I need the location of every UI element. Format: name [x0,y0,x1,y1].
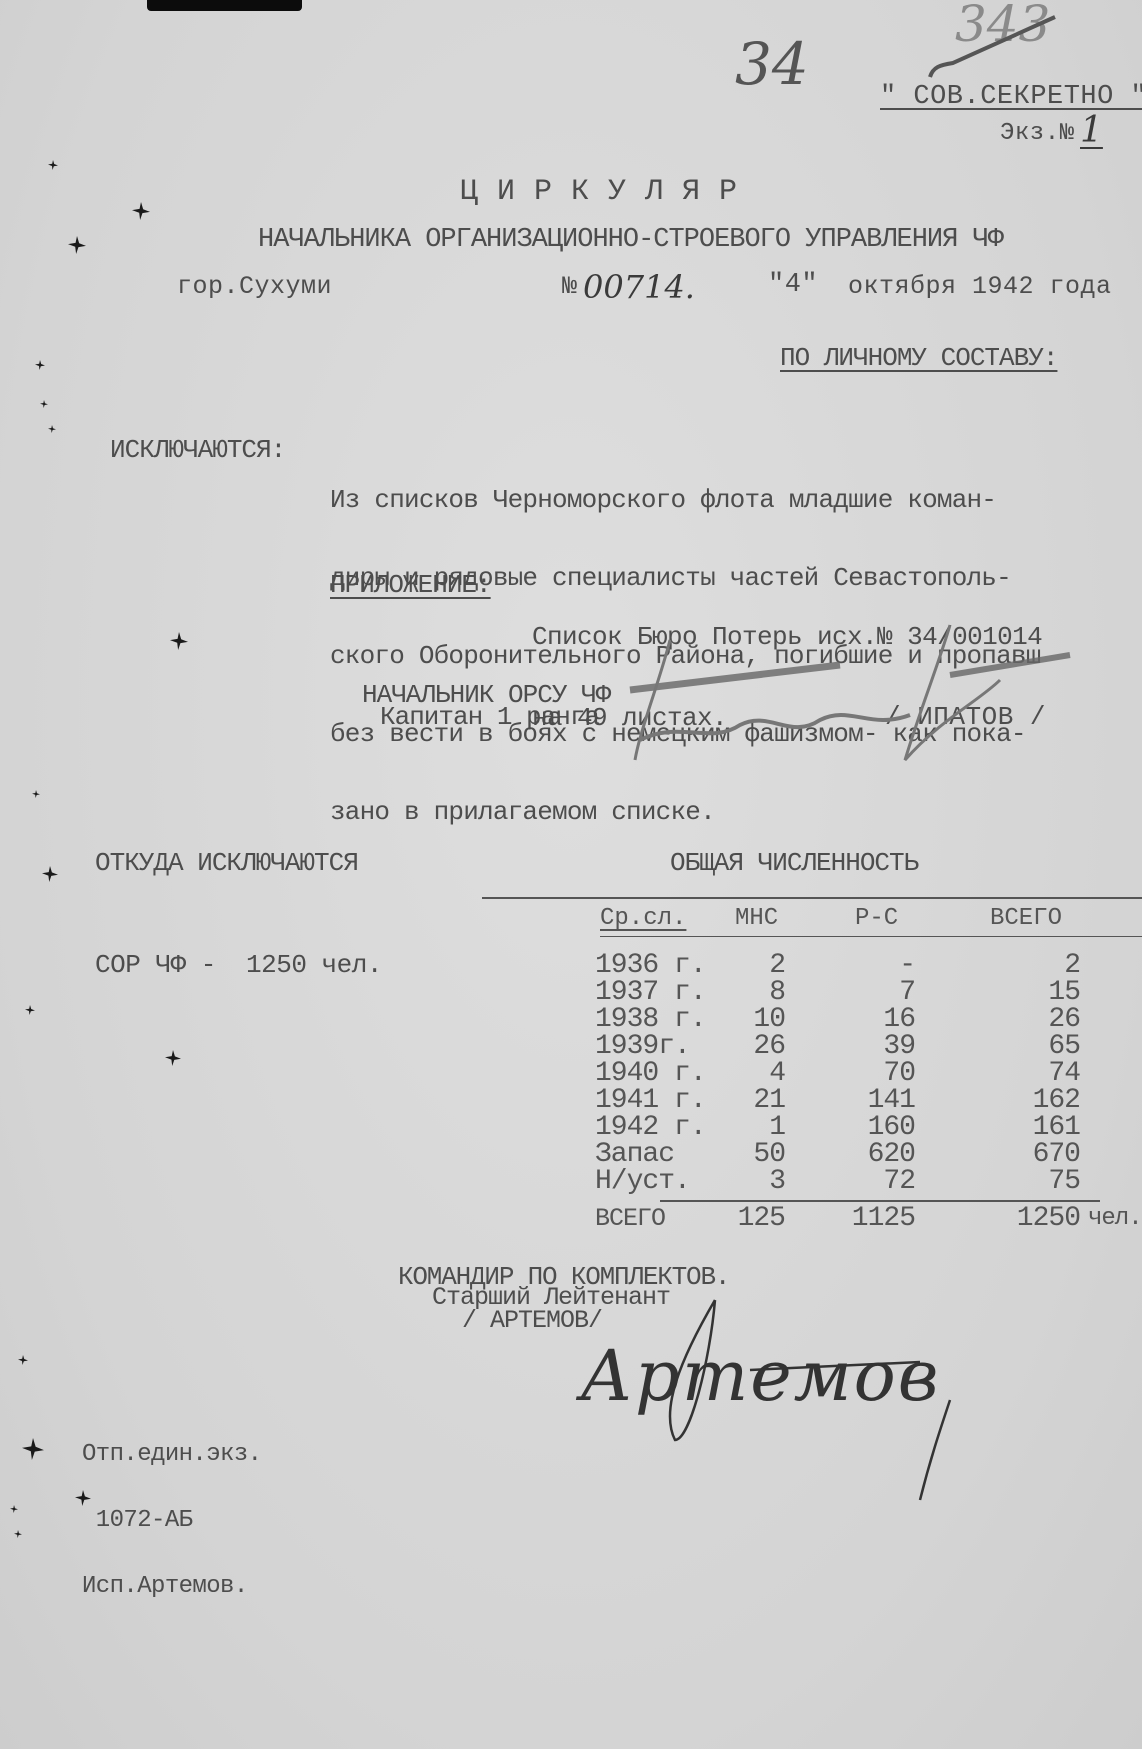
total-rs: 1125 [785,1205,915,1232]
excluded-line: зано в прилагаемом списке. [330,799,1041,825]
total-all: 1250 [915,1205,1080,1232]
date-rest: октября 1942 года [848,272,1112,301]
city: гор.Сухуми [177,272,332,301]
total-heading: ОБЩАЯ ЧИСЛЕННОСТЬ [670,848,918,878]
table-row: 1936 г.2-2 [595,952,1080,979]
binder-tab [147,0,302,11]
signatory2-name: / АРТЕМОВ/ [462,1306,602,1335]
table-body: 1936 г.2-2 1937 г.8715 1938 г.101626 193… [595,952,1080,1195]
footer-line: Исп.Артемов. [82,1576,261,1598]
header-total: ВСЕГО [990,905,1062,932]
table-total-rule [660,1200,1100,1202]
table-total-row: ВСЕГО 125 1125 1250 чел. [595,1205,1142,1232]
table-row: 1938 г.101626 [595,1006,1080,1033]
damage-mark [48,160,58,170]
table-header-rule [600,936,1142,937]
table-row: Н/уст.37275 [595,1168,1080,1195]
attachment-label: ПРИЛОЖЕНИЕ: [330,570,491,600]
strike-through-mark [925,5,1065,85]
copy-number: 1 [1080,110,1103,151]
table-row: 1941 г.21141162 [595,1087,1080,1114]
damage-mark [22,1438,44,1460]
damage-mark [25,1005,35,1015]
table-top-rule [482,897,1142,899]
total-unit: чел. [1088,1205,1142,1232]
signature-flourish [620,1290,980,1510]
damage-mark [32,790,40,798]
document-title: Ц И Р К У Л Я Р [460,175,738,209]
excluded-label: ИСКЛЮЧАЮТСЯ: [110,435,285,465]
copy-label: Экз.№ [1000,120,1075,147]
table-row: 1940 г.47074 [595,1060,1080,1087]
damage-mark [18,1355,28,1365]
footer-line: 1072-АБ [82,1510,261,1532]
classification-stamp: " СОВ.СЕКРЕТНО " [880,82,1142,112]
table-row: 1937 г.8715 [595,979,1080,1006]
document-page: 34 343 " СОВ.СЕКРЕТНО " Экз.№ 1 Ц И Р К … [0,0,1142,1749]
header-rs: Р-С [855,905,990,932]
damage-mark [165,1050,181,1066]
damage-mark [40,400,48,408]
section-heading: ПО ЛИЧНОМУ СОСТАВУ: [780,343,1057,373]
table-row: 1942 г.1160161 [595,1114,1080,1141]
handwritten-page-number: 34 [735,30,809,98]
damage-mark [170,632,188,650]
circular-number: 00714. [583,268,695,306]
excluded-line: Из списков Черноморского флота младшие к… [330,487,1041,513]
damage-mark [68,236,86,254]
header-service-year: Ср.сл. [600,905,735,932]
damage-mark [42,866,58,882]
signature-ipatov [620,620,1080,770]
damage-mark [48,425,56,433]
signatory1-rank: Капитан 1 ранга [380,702,599,732]
damage-mark [14,1530,22,1538]
date-day: "4" [768,270,818,300]
footer-line: Отп.един.экз. [82,1444,261,1466]
table-row: Запас50620670 [595,1141,1080,1168]
from-where-heading: ОТКУДА ИСКЛЮЧАЮТСЯ [95,848,358,878]
damage-mark [132,202,150,220]
damage-mark [35,360,45,370]
table-header: Ср.сл. МНС Р-С ВСЕГО [600,905,1062,932]
total-mns: 125 [725,1205,785,1232]
from-where-value: СОР ЧФ - 1250 чел. [95,950,382,980]
damage-mark [10,1505,18,1513]
header-mns: МНС [735,905,855,932]
document-subtitle: НАЧАЛЬНИКА ОРГАНИЗАЦИОННО-СТРОЕВОГО УПРА… [258,225,1003,255]
number-prefix: № [562,272,578,301]
table-row: 1939г.263965 [595,1033,1080,1060]
total-label: ВСЕГО [595,1205,725,1232]
footer-notes: Отп.един.экз. 1072-АБ Исп.Артемов. [82,1400,261,1642]
